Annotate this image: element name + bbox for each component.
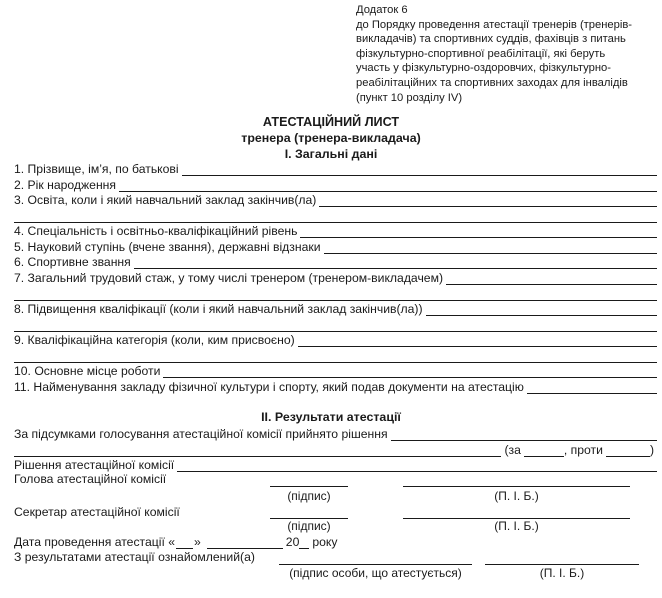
field-sport-title: 6. Спортивне звання [14,254,657,269]
date-year-prefix: 20 [286,535,300,549]
field-category-cont [14,348,657,363]
field-education-cont [14,208,657,223]
appendix-line: Додаток 6 [356,3,662,18]
votes-against-label: , проти [564,443,606,457]
field-label: За підсумками голосування атестаційної к… [14,427,391,441]
degree-input[interactable] [324,241,657,254]
field-qualification-upgrade: 8. Підвищення кваліфікації (коли і який … [14,301,657,316]
field-label: 1. Прізвище, ім’я, по батькові [14,162,182,176]
name-caption: (П. І. Б.) [403,489,630,503]
field-label: 2. Рік народження [14,178,119,192]
votes-against-input[interactable] [606,444,650,457]
person-signature-input[interactable] [279,564,472,565]
field-degree: 5. Науковий ступінь (вчене звання), держ… [14,239,657,254]
field-vote-count: (за , проти ) [14,442,657,457]
field-birth-year: 2. Рік народження [14,177,657,192]
field-work-experience-cont [14,286,657,301]
date-month-input[interactable] [207,536,283,549]
date-year-input[interactable] [299,536,309,549]
field-label: 10. Основне місце роботи [14,364,163,378]
work-experience-input[interactable] [446,272,657,285]
vote-decision-input[interactable] [391,428,657,441]
appendix-note: Додаток 6 до Порядку проведення атестаці… [356,3,662,105]
field-category: 9. Кваліфікаційна категорія (коли, ким п… [14,332,657,347]
field-workplace: 10. Основне місце роботи [14,363,657,378]
sport-title-input[interactable] [134,256,657,269]
appendix-line: (пункт 10 розділу IV) [356,91,662,106]
field-label: 5. Науковий ступінь (вчене звання), держ… [14,240,324,254]
qualification-upgrade-input[interactable] [426,303,657,316]
appendix-line: участь у фізкультурно-оздоровчих, фізкул… [356,61,662,76]
date-year-suffix: року [312,535,337,549]
category-input-line-2[interactable] [14,350,657,363]
education-input-line-2[interactable] [14,210,657,223]
education-input[interactable] [319,194,657,207]
signature-caption: (підпис) [270,519,348,533]
chair-name-input[interactable] [403,486,630,487]
field-label: 11. Найменування закладу фізичної культу… [14,380,527,394]
section-2-heading: ІІ. Результати атестації [0,410,662,424]
full-name-input[interactable] [182,163,657,176]
field-label: 8. Підвищення кваліфікації (коли і який … [14,302,426,316]
name-caption: (П. І. Б.) [403,519,630,533]
acknowledged-label: З результатами атестації ознайомлений(а) [14,550,255,564]
workplace-input[interactable] [163,365,657,378]
appendix-line: реабілітаційних та спортивних заходах дл… [356,76,662,91]
work-experience-input-line-2[interactable] [14,288,657,301]
field-label: 9. Кваліфікаційна категорія (коли, ким п… [14,333,298,347]
person-signature-caption: (підпис особи, що атестується) [279,566,472,580]
field-full-name: 1. Прізвище, ім’я, по батькові [14,161,657,176]
chair-signature-input[interactable] [270,486,348,487]
appendix-line: викладачів) та спортивних суддів, фахівц… [356,32,662,47]
appendix-line: фізкультурно-спортивної реабілітації, як… [356,47,662,62]
birth-year-input[interactable] [119,179,657,192]
attestation-date: Дата проведення атестації « » 20 року [14,535,337,549]
votes-for-label: (за [504,443,523,457]
date-label: Дата проведення атестації « [14,535,175,549]
commission-decision-input[interactable] [177,459,657,472]
document-subtitle: тренера (тренера-викладача) [0,131,662,145]
vote-decision-input-line-2[interactable] [14,444,501,457]
field-qualification-upgrade-cont [14,317,657,332]
specialty-input[interactable] [300,225,657,238]
field-work-experience: 7. Загальний трудовий стаж, у тому числі… [14,270,657,285]
name-caption: (П. І. Б.) [485,566,639,580]
date-day-input[interactable] [176,536,193,549]
document-title: АТЕСТАЦІЙНИЙ ЛИСТ [0,115,662,129]
field-label: 4. Спеціальність і освітньо-кваліфікацій… [14,224,300,238]
qualification-upgrade-input-line-2[interactable] [14,319,657,332]
field-label: 3. Освіта, коли і який навчальний заклад… [14,193,319,207]
appendix-line: до Порядку проведення атестації тренерів… [356,18,662,33]
field-vote-decision: За підсумками голосування атестаційної к… [14,426,657,441]
field-label: 7. Загальний трудовий стаж, у тому числі… [14,271,446,285]
signature-caption: (підпис) [270,489,348,503]
secretary-label: Секретар атестаційної комісії [14,505,180,519]
chair-label: Голова атестаційної комісії [14,472,166,486]
date-quote-close: » [194,535,201,549]
field-education: 3. Освіта, коли і який навчальний заклад… [14,192,657,207]
institution-input[interactable] [527,381,657,394]
field-commission-decision: Рішення атестаційної комісії [14,457,657,472]
field-institution: 11. Найменування закладу фізичної культу… [14,379,657,394]
votes-close: ) [650,443,657,457]
section-1-heading: І. Загальні дані [0,147,662,161]
person-name-input[interactable] [485,564,639,565]
category-input[interactable] [298,334,657,347]
field-specialty: 4. Спеціальність і освітньо-кваліфікацій… [14,223,657,238]
field-label: 6. Спортивне звання [14,255,134,269]
votes-for-input[interactable] [524,444,564,457]
field-label: Рішення атестаційної комісії [14,458,177,472]
